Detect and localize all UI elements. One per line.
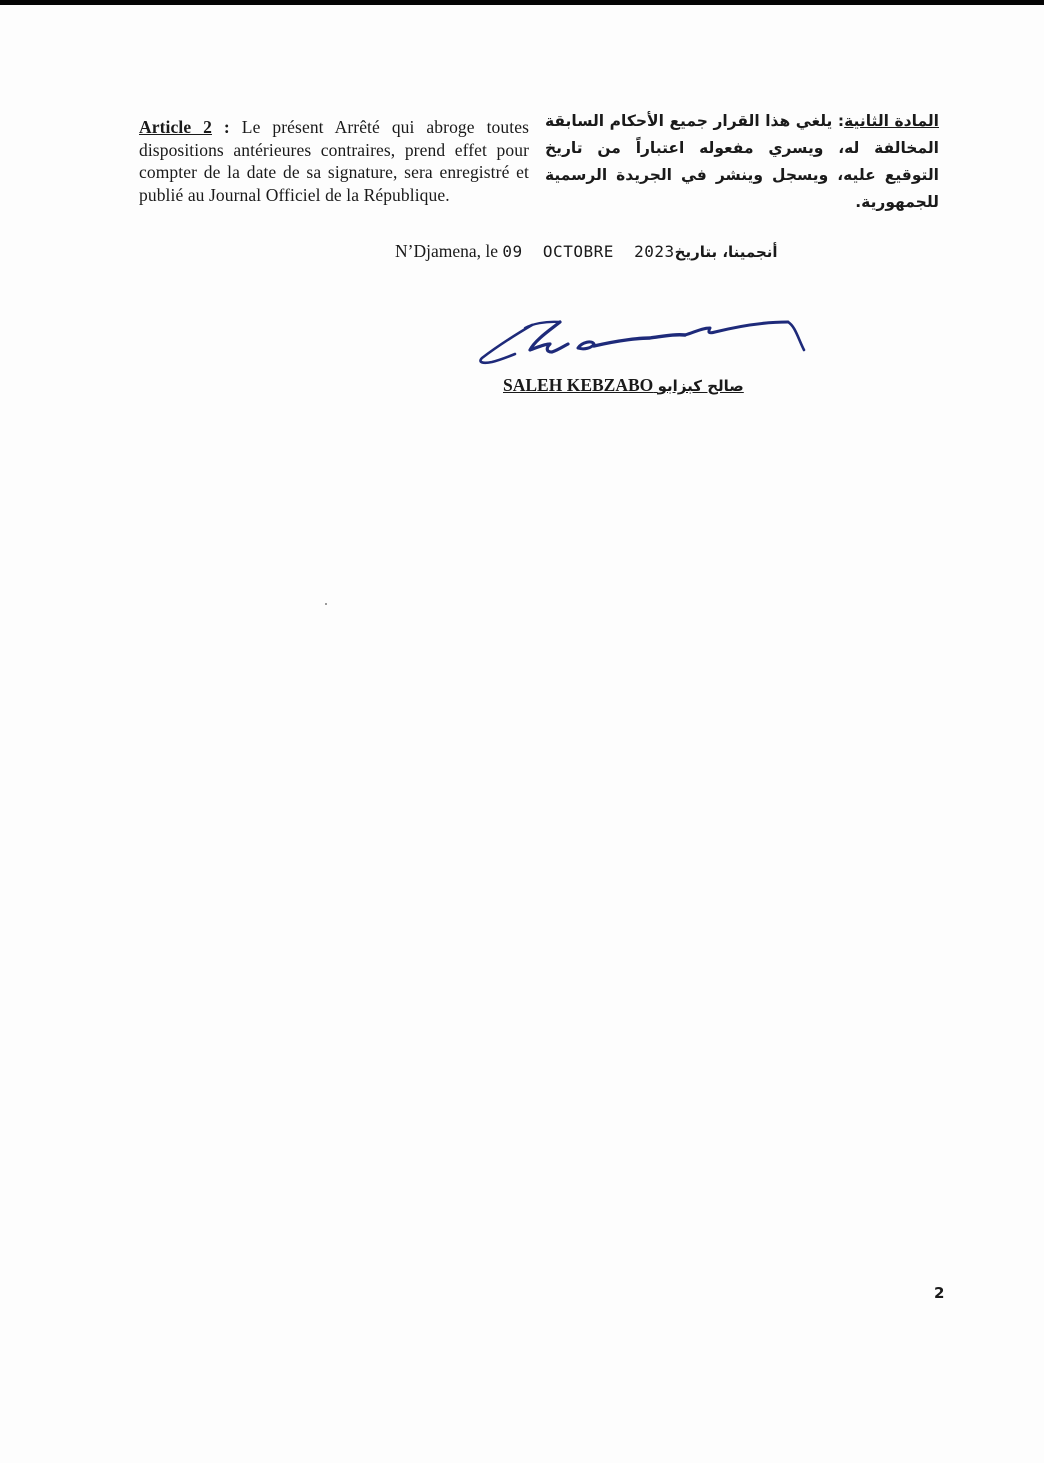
date-place: N’Djamena, le: [395, 241, 502, 261]
article-label-arabic: المادة الثانية: [844, 112, 939, 130]
signatory-name-arabic: صالح كبزابو: [658, 377, 744, 395]
date-day: 09: [502, 242, 522, 261]
document-page: Article 2 : Le présent Arrêté qui abroge…: [0, 5, 1044, 1463]
article-2-arabic: المادة الثانية: يلغي هذا القرار جميع الأ…: [545, 108, 939, 216]
date-year: 2023: [634, 242, 675, 261]
date-month: OCTOBRE: [543, 242, 614, 261]
article-colon-french: :: [212, 117, 242, 137]
article-label-french: Article 2: [139, 117, 212, 137]
page-number: 2: [934, 1284, 944, 1302]
signatory-name: SALEH KEBZABO صالح كبزابو: [503, 375, 744, 396]
date-line: N’Djamena, le 09 OCTOBRE 2023أنجمينا، بت…: [395, 241, 825, 262]
scan-speck: [325, 603, 327, 605]
signatory-name-latin: SALEH KEBZABO: [503, 375, 653, 395]
article-colon-arabic: :: [832, 112, 844, 130]
article-2-french: Article 2 : Le présent Arrêté qui abroge…: [139, 116, 529, 206]
date-arabic-prefix: أنجمينا، بتاريخ: [675, 243, 778, 261]
handwritten-signature: [470, 310, 820, 380]
